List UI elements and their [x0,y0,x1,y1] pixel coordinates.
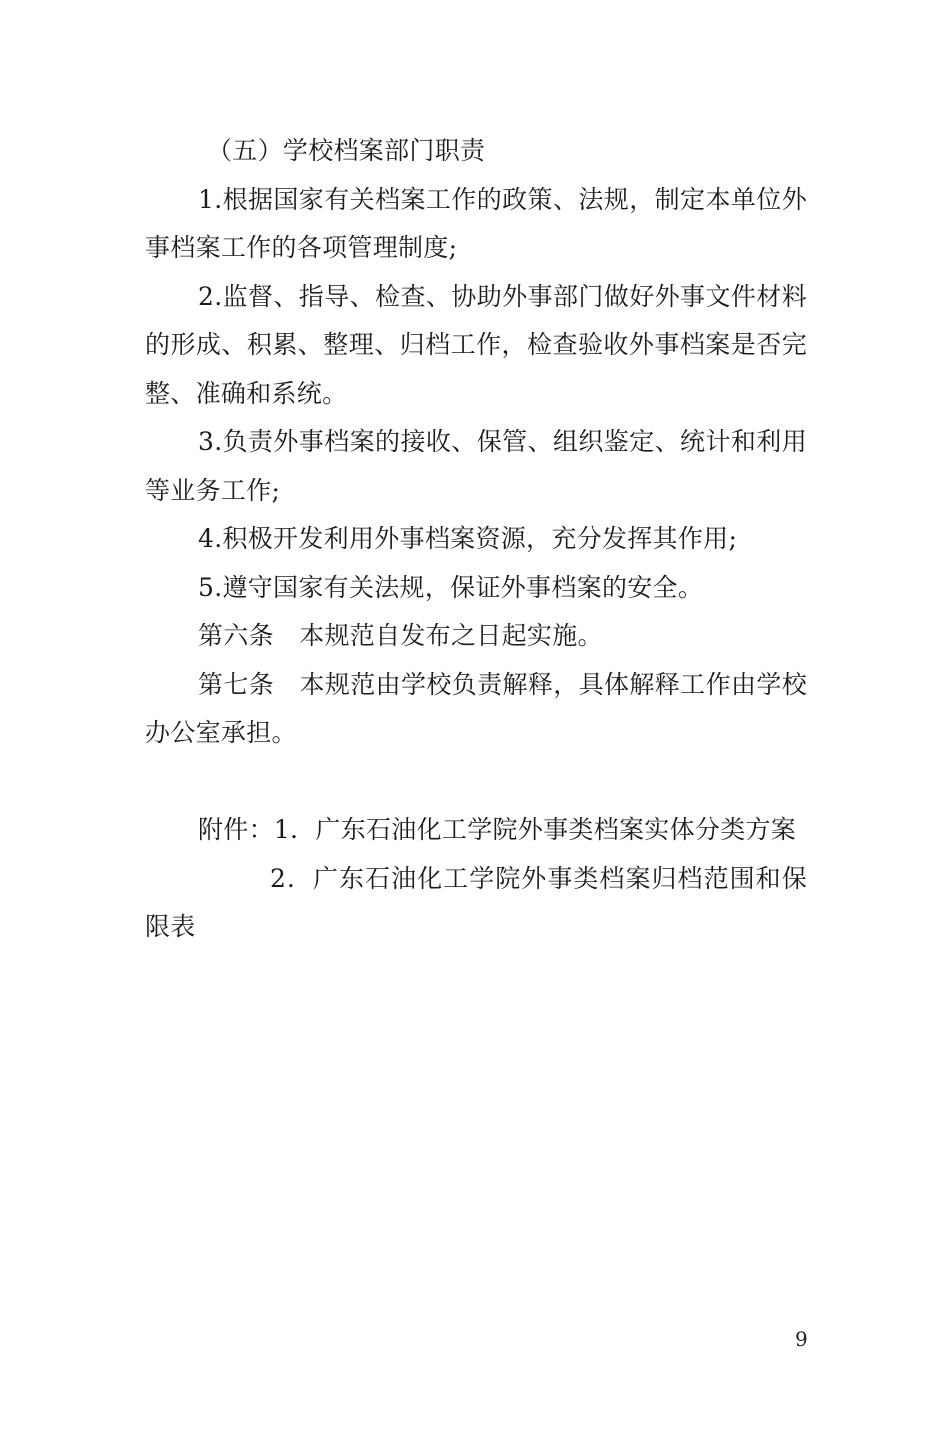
page-number: 9 [795,1326,808,1352]
blank-line [145,758,807,807]
attachment-line-2: 2．广东石油化工学院外事类档案归档范围和保管期 [145,855,807,904]
document-body: （五）学校档案部门职责 1.根据国家有关档案工作的政策、法规，制定本单位外 事档… [145,127,807,952]
article-seven-line: 第七条 本规范由学校负责解释，具体解释工作由学校 [145,661,807,710]
paragraph-line-8: 4.积极开发利用外事档案资源，充分发挥其作用; [145,515,807,564]
paragraph-line-5: 整、准确和系统。 [145,370,807,419]
paragraph-line-6: 3.负责外事档案的接收、保管、组织鉴定、统计和利用 [145,418,807,467]
paragraph-line-9: 5.遵守国家有关法规，保证外事档案的安全。 [145,564,807,613]
paragraph-line-4: 的形成、积累、整理、归档工作，检查验收外事档案是否完 [145,321,807,370]
article-six-line: 第六条 本规范自发布之日起实施。 [145,612,807,661]
paragraph-line-7: 等业务工作; [145,467,807,516]
paragraph-line-3: 2.监督、指导、检查、协助外事部门做好外事文件材料 [145,273,807,322]
section-heading: （五）学校档案部门职责 [145,127,807,176]
paragraph-line-2: 事档案工作的各项管理制度; [145,224,807,273]
paragraph-line-1: 1.根据国家有关档案工作的政策、法规，制定本单位外 [145,176,807,225]
attachment-line-1: 附件：1．广东石油化工学院外事类档案实体分类方案 [145,806,807,855]
article-seven-continuation: 办公室承担。 [145,709,807,758]
document-page: （五）学校档案部门职责 1.根据国家有关档案工作的政策、法规，制定本单位外 事档… [0,0,951,1452]
attachment-line-2-continuation: 限表 [145,903,807,952]
